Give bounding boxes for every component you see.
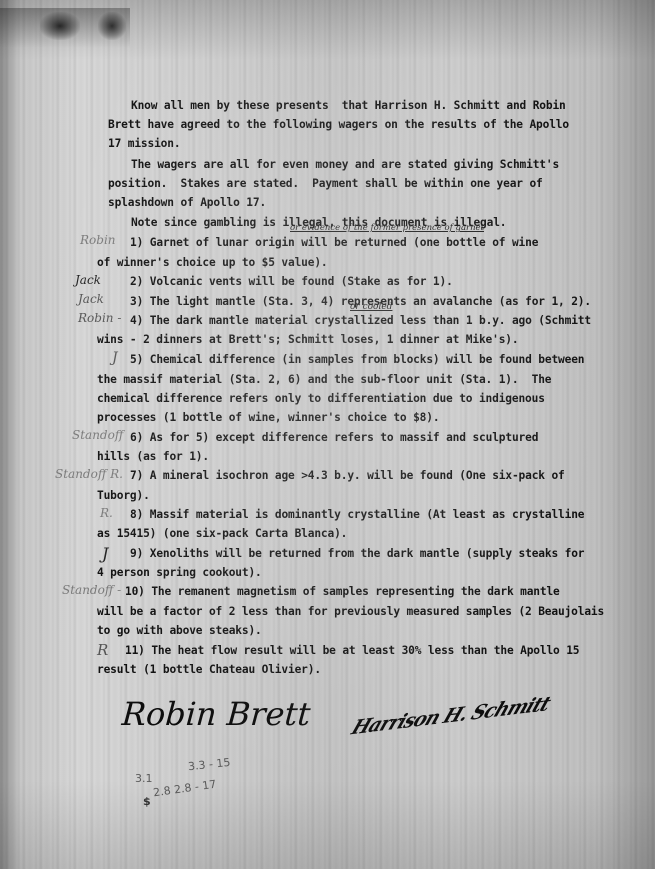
wager-2-line: 2) Volcanic vents will be found (Stake a… [130,272,453,292]
wager-8-line: as 15415) (one six-pack Carta Blanca). [97,524,347,544]
wager-1-line: 1) Garnet of lunar origin will be return… [130,233,538,253]
margin-annotation: R. [100,506,113,520]
margin-annotation: J [102,544,108,563]
margin-annotation: Jack [78,292,104,306]
pencil-note: 2.8 2.8 - 17 [152,778,217,800]
wager-7-line: Tuborg). [97,486,150,506]
scanned-page: Know all men by these presents that Harr… [0,0,655,869]
wager-4-line: wins - 2 dinners at Brett's; Schmitt los… [97,330,518,350]
intro-line: Brett have agreed to the following wager… [108,115,569,135]
wager-1-line: of winner's choice up to $5 value). [97,253,328,273]
wager-5-line: 5) Chemical difference (in samples from … [130,350,584,370]
wager-11-line: 11) The heat flow result will be at leas… [125,641,579,661]
wager-10-line: to go with above steaks). [97,621,262,641]
wager-5-line: chemical difference refers only to diffe… [97,389,545,409]
wager-10-line: will be a factor of 2 less than for prev… [97,602,604,622]
signature-brett: Robin Brett [121,695,312,733]
margin-annotation: Standoff - [62,583,121,597]
pencil-note: 3.3 - 15 [187,756,231,773]
intro-line: splashdown of Apollo 17. [108,193,266,213]
wager-10-line: 10) The remanent magnetism of samples re… [125,582,560,602]
wager-11-line: result (1 bottle Chateau Olivier). [97,660,321,680]
wager-8-line: 8) Massif material is dominantly crystal… [130,505,584,525]
handwritten-insertion: or evidence of the former presence of ga… [290,223,484,233]
wager-7-line: 7) A mineral isochron age >4.3 b.y. will… [130,466,565,486]
wager-6-line: hills (as for 1). [97,447,209,467]
intro-line: The wagers are all for even money and ar… [131,155,559,175]
wager-9-line: 4 person spring cookout). [97,563,262,583]
intro-line: 17 mission. [108,134,180,154]
wager-5-line: the massif material (Sta. 2, 6) and the … [97,370,551,390]
margin-annotation: Standoff R. [55,467,123,481]
toner-smudge [40,12,80,40]
margin-annotation: Robin - [78,311,121,325]
signature-schmitt: Harrison H. Schmitt [348,692,553,739]
margin-annotation: Standoff [72,428,123,442]
wager-6-line: 6) As for 5) except difference refers to… [130,428,538,448]
margin-annotation: J [112,350,118,366]
margin-annotation: Jack [75,273,101,287]
pencil-mark: $ [143,795,151,808]
intro-line: Know all men by these presents that Harr… [131,96,566,116]
pencil-note: 3.1 [135,772,153,785]
margin-annotation: Robin [80,233,116,247]
toner-smudge [98,12,126,40]
margin-annotation: R [97,641,108,659]
intro-line: position. Stakes are stated. Payment sha… [108,174,543,194]
wager-4-line: 4) The dark mantle material crystallized… [130,311,591,331]
wager-9-line: 9) Xenoliths will be returned from the d… [130,544,584,564]
wager-5-line: processes (1 bottle of wine, winner's ch… [97,408,439,428]
